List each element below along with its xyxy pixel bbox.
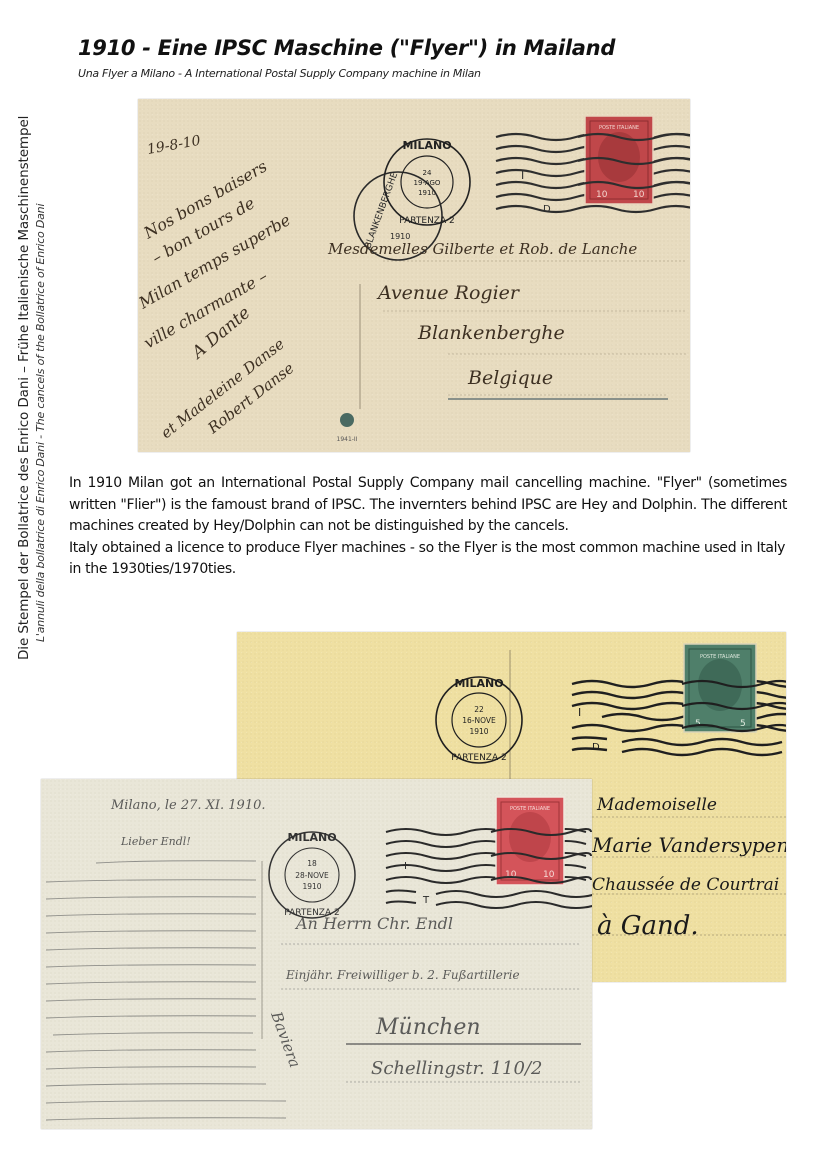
- svg-text:I: I: [578, 706, 581, 719]
- svg-text:Einjähr. Freiwilliger b. 2. Fu: Einjähr. Freiwilliger b. 2. Fußartilleri…: [285, 968, 520, 982]
- svg-text:16-NOVE: 16-NOVE: [462, 716, 496, 725]
- svg-text:Baviera: Baviera: [267, 1008, 304, 1070]
- svg-text:1910: 1910: [418, 189, 436, 197]
- svg-text:1910: 1910: [469, 727, 488, 736]
- svg-text:24: 24: [423, 169, 432, 177]
- stamp-10c-red-2: POSTE ITALIANE 10 10: [496, 797, 564, 885]
- svg-text:10: 10: [505, 870, 517, 880]
- svg-text:MILANO: MILANO: [454, 677, 503, 690]
- svg-text:19-8-10: 19-8-10: [146, 133, 202, 158]
- svg-text:D: D: [543, 204, 551, 215]
- side-title-sub: L'annuli della bollatrice di Enrico Dani…: [34, 40, 48, 660]
- svg-text:à Gand.: à Gand.: [597, 911, 699, 941]
- svg-text:PARTENZA 2: PARTENZA 2: [399, 216, 454, 226]
- side-title: Die Stempel der Bollatrice des Enrico Da…: [14, 40, 64, 660]
- milano-cancel-2: MILANO 22 16-NOVE 1910 PARTENZA 2: [436, 677, 522, 763]
- svg-text:28-NOVE: 28-NOVE: [295, 871, 329, 880]
- svg-text:19-AGO: 19-AGO: [414, 179, 441, 187]
- svg-text:Lieber Endl!: Lieber Endl!: [120, 835, 191, 848]
- svg-text:Marie Vandersypen: Marie Vandersypen: [591, 833, 786, 857]
- side-title-main: Die Stempel der Bollatrice des Enrico Da…: [14, 40, 34, 660]
- svg-text:22: 22: [474, 705, 484, 714]
- svg-text:Mesdemelles Gilberte et Rob. d: Mesdemelles Gilberte et Rob. de Lanche: [327, 240, 637, 258]
- page-title: 1910 - Eine IPSC Maschine ("Flyer") in M…: [78, 36, 615, 60]
- svg-text:MILANO: MILANO: [402, 139, 451, 152]
- postcard-belgium: POSTE ITALIANE 10 10 I D BLANKENBERGHE 1…: [138, 99, 690, 452]
- svg-text:10: 10: [633, 190, 645, 200]
- svg-text:10: 10: [596, 190, 608, 200]
- svg-text:5: 5: [740, 719, 746, 729]
- svg-text:Milano, le 27. XI. 1910.: Milano, le 27. XI. 1910.: [110, 798, 266, 813]
- svg-text:18: 18: [307, 859, 317, 868]
- svg-text:10: 10: [543, 870, 555, 880]
- svg-text:POSTE ITALIANE: POSTE ITALIANE: [599, 125, 639, 131]
- page-subtitle: Una Flyer a Milano - A International Pos…: [78, 67, 481, 80]
- body-paragraph-2: Italy obtained a licence to produce Flye…: [69, 538, 787, 581]
- svg-text:PARTENZA 2: PARTENZA 2: [451, 753, 506, 763]
- svg-text:MILANO: MILANO: [287, 831, 336, 844]
- body-paragraph-1: In 1910 Milan got an International Posta…: [69, 473, 787, 538]
- svg-text:1941-II: 1941-II: [337, 436, 358, 443]
- svg-text:Avenue Rogier: Avenue Rogier: [376, 282, 521, 304]
- svg-text:Blankenberghe: Blankenberghe: [417, 322, 565, 344]
- svg-text:I: I: [521, 169, 524, 182]
- svg-text:Chaussée de Courtrai: Chaussée de Courtrai: [592, 875, 779, 895]
- svg-text:I: I: [404, 861, 407, 872]
- svg-text:1910: 1910: [302, 882, 321, 891]
- svg-text:T: T: [422, 895, 430, 906]
- svg-text:Mademoiselle: Mademoiselle: [596, 795, 717, 815]
- svg-text:POSTE ITALIANE: POSTE ITALIANE: [700, 654, 740, 660]
- svg-text:POSTE ITALIANE: POSTE ITALIANE: [510, 806, 550, 812]
- postcard-belgium-art: POSTE ITALIANE 10 10 I D BLANKENBERGHE 1…: [138, 99, 690, 452]
- postcard-muenchen-art: I T POSTE ITALIANE 10 10 MILANO 18 28-NO…: [41, 779, 592, 1129]
- milano-cancel-3: MILANO 18 28-NOVE 1910 PARTENZA 2: [269, 831, 355, 918]
- svg-text:München: München: [375, 1015, 481, 1040]
- body-text: In 1910 Milan got an International Posta…: [69, 473, 787, 581]
- svg-text:An Herrn Chr. Endl: An Herrn Chr. Endl: [294, 914, 453, 933]
- svg-text:D: D: [592, 742, 600, 753]
- stamp-10c-red: POSTE ITALIANE 10 10: [585, 116, 653, 204]
- svg-text:Belgique: Belgique: [467, 367, 553, 389]
- svg-text:Schellingstr. 110/2: Schellingstr. 110/2: [371, 1058, 542, 1079]
- postcard-muenchen: I T POSTE ITALIANE 10 10 MILANO 18 28-NO…: [41, 779, 592, 1129]
